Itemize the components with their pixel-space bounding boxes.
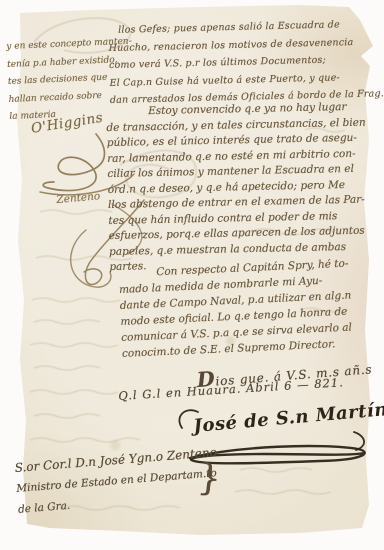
body-paragraph-2: Estoy convencido q.e ya no hay lugar de … [106,100,369,276]
body-paragraph-3: Con respecto al Capitán Spry, hé to- mad… [118,255,354,361]
photograph-of-letter: y en este concepto manten- tenía p.a hab… [0,0,384,550]
address-brace-mark: } [196,457,223,500]
body-paragraph-1: llos Gefes; pues apenas salió la Escuadr… [108,15,384,109]
